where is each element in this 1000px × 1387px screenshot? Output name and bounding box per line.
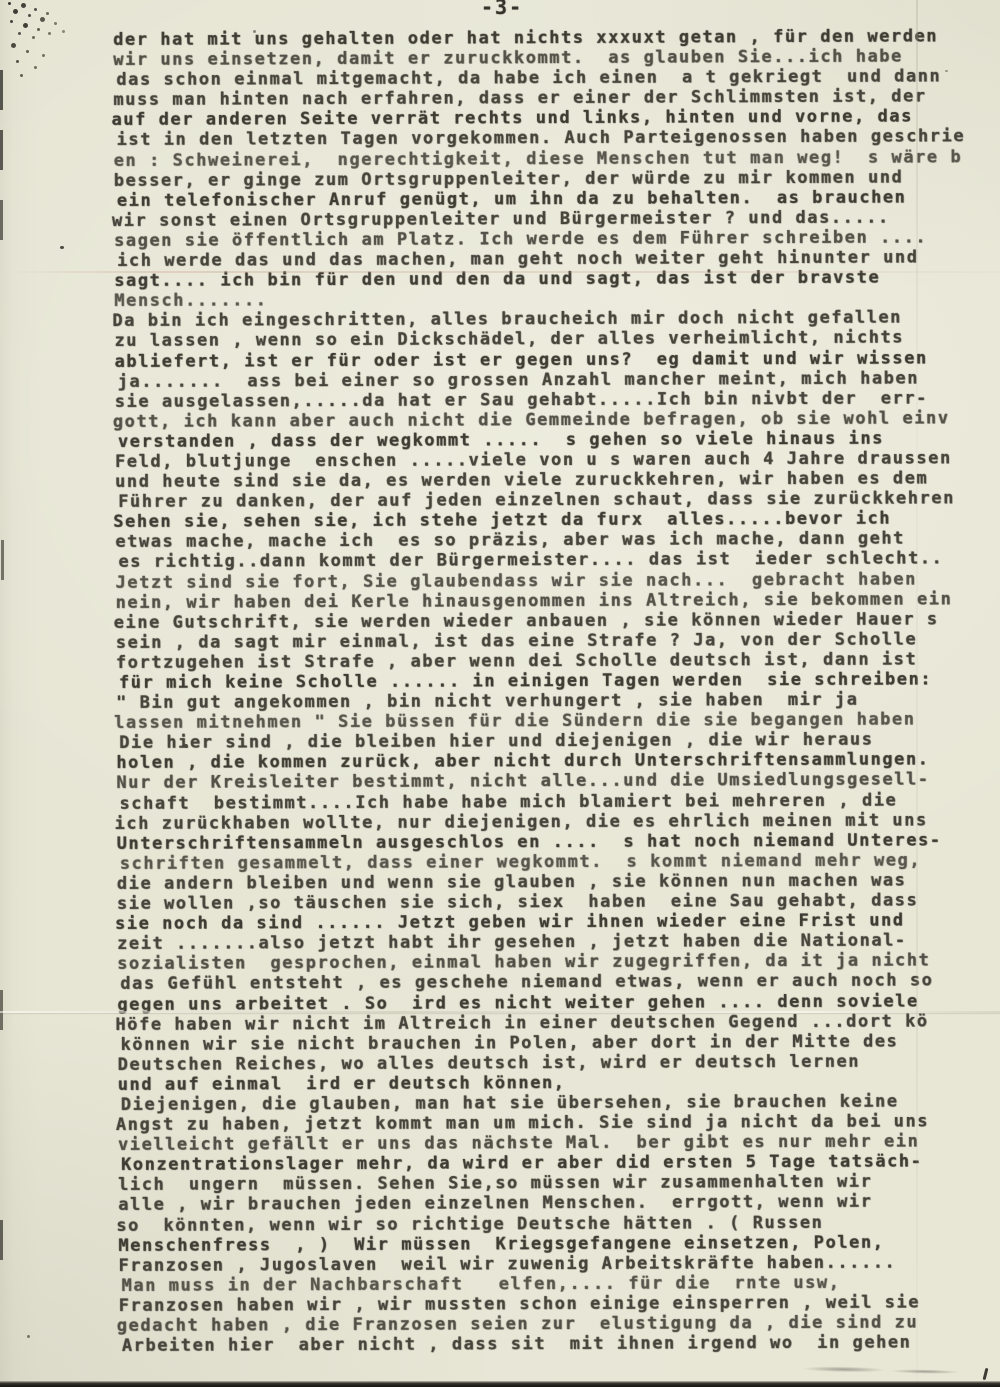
paper-speck (184, 744, 188, 748)
paper-speck (27, 1335, 30, 1338)
paper-speck (253, 30, 256, 33)
bottom-smudge (790, 1364, 970, 1375)
corner-smudge (8, 2, 11, 5)
paper-speck (60, 246, 64, 249)
pen-mark (983, 1368, 989, 1380)
page-number: -3- (481, 0, 523, 18)
paper-speck (945, 70, 948, 72)
scanned-document-page: -3- der hat mit uns gehalten oder hat ni… (0, 0, 1000, 1387)
fold-crease-vertical (916, 0, 918, 1387)
scan-edge-bottom (0, 1381, 1000, 1387)
text-line: Arbeiten hier aber nicht , dass sit mit … (122, 1332, 1000, 1356)
scan-edge-left-marks (0, 70, 3, 110)
document-text: der hat mit uns gehalten oder hat nichts… (113, 26, 1000, 1356)
